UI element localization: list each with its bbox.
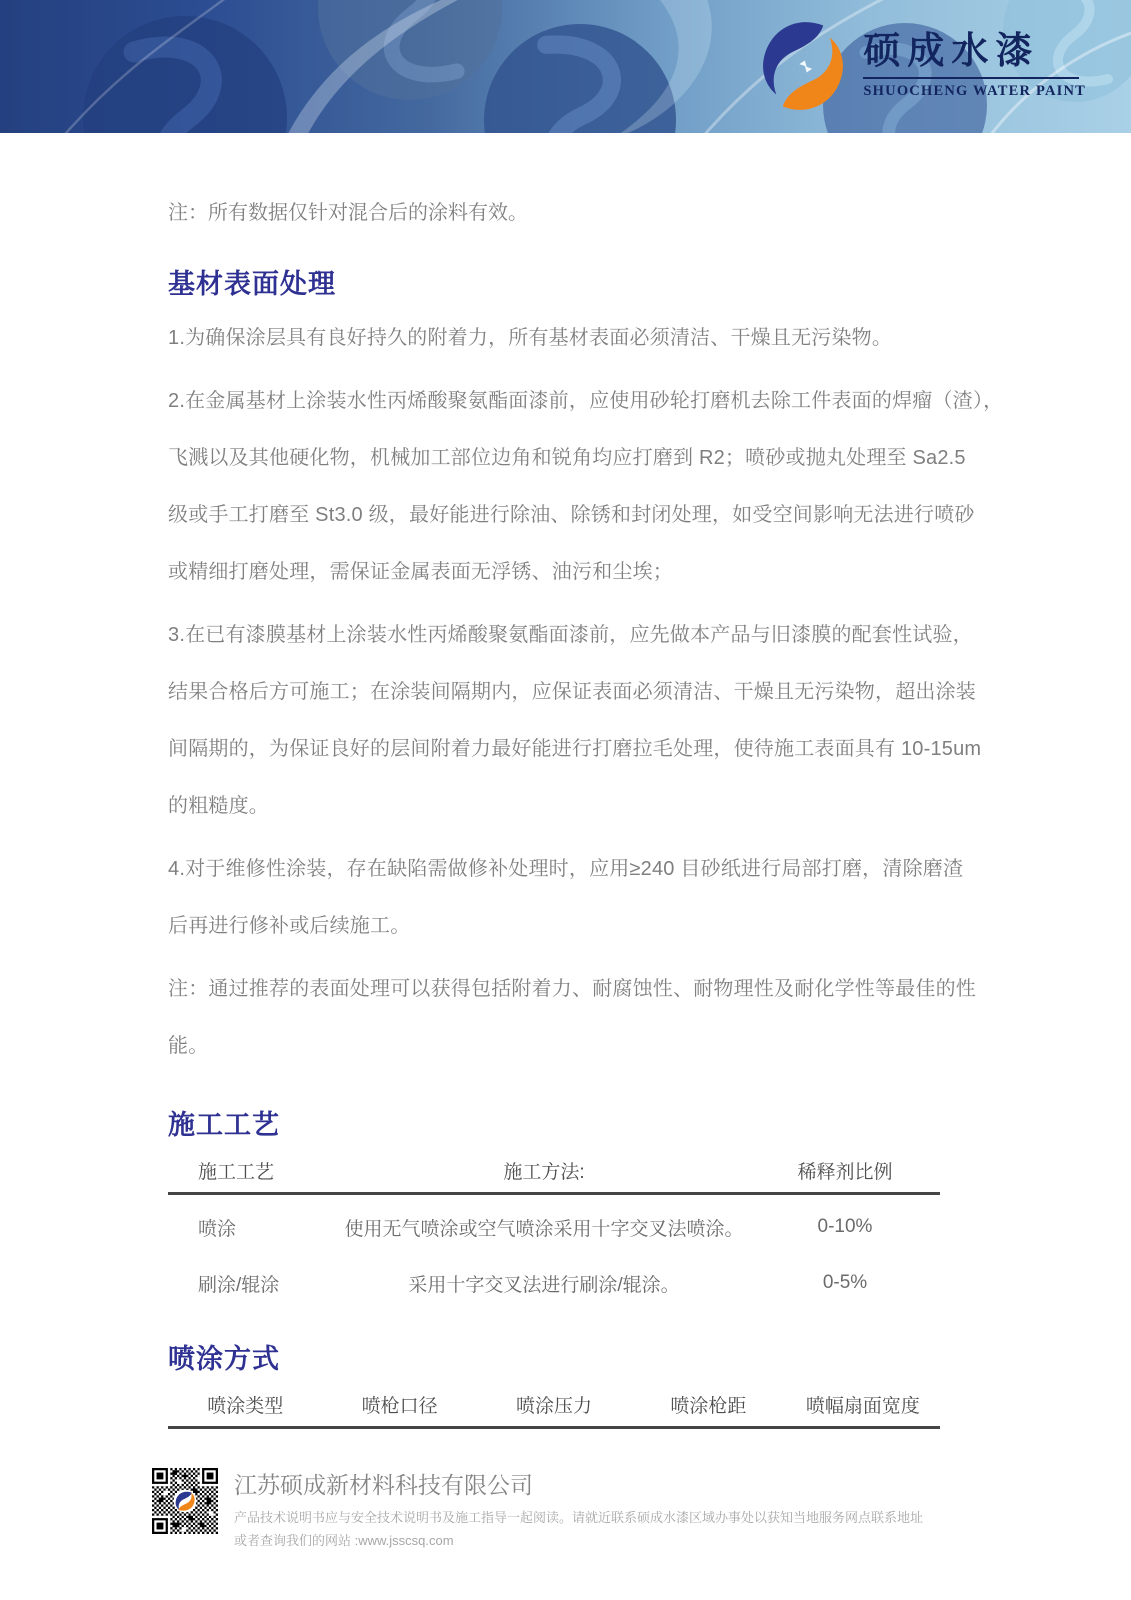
table-header-cell: 喷涂类型	[168, 1391, 322, 1418]
brand-name-cn: 硕成水漆	[863, 32, 1039, 73]
construction-process-table: 施工工艺 施工方法: 稀释剂比例 喷涂 使用无气喷涂或空气喷涂采用十字交叉法喷涂…	[168, 1157, 940, 1307]
table-row: 刷涂/辊涂 采用十字交叉法进行刷涂/辊涂。 0-5%	[168, 1259, 940, 1307]
brand-name-en: SHUOCHENG WATER PAINT	[863, 83, 1086, 100]
paragraph-1: 1.为确保涂层具有良好持久的附着力，所有基材表面必须清洁、干燥且无污染物。	[168, 310, 963, 367]
table-header-row: 喷涂类型 喷枪口径 喷涂压力 喷涂枪距 喷幅扇面宽度	[168, 1391, 940, 1429]
table-header-cell: 稀释剂比例	[750, 1157, 940, 1184]
spray-method-table: 喷涂类型 喷枪口径 喷涂压力 喷涂枪距 喷幅扇面宽度	[168, 1391, 940, 1429]
table-cell: 采用十字交叉法进行刷涂/辊涂。	[338, 1270, 750, 1297]
paragraph-4: 4.对于维修性涂装，存在缺陷需做修补处理时，应用≥240 目砂纸进行局部打磨，清…	[168, 841, 963, 955]
header-banner: 硕成水漆 SHUOCHENG WATER PAINT	[0, 0, 1131, 133]
brand-logo: 硕成水漆 SHUOCHENG WATER PAINT	[757, 18, 1086, 114]
table-header-cell: 喷涂枪距	[631, 1391, 785, 1418]
footer-fineprint: 产品技术说明书应与安全技术说明书及施工指导一起阅读。请就近联系硕成水漆区域办事处…	[234, 1506, 923, 1552]
table-cell: 0-5%	[750, 1272, 940, 1294]
paragraph-2: 2.在金属基材上涂装水性丙烯酸聚氨酯面漆前，应使用砂轮打磨机去除工件表面的焊瘤（…	[168, 373, 963, 601]
fineprint-line: 或者查询我们的网站 :www.jsscsq.com	[234, 1529, 923, 1552]
page-footer: 江苏硕成新材料科技有限公司 产品技术说明书应与安全技术说明书及施工指导一起阅读。…	[152, 1468, 923, 1552]
note-mixed-paint: 注：所有数据仅针对混合后的涂料有效。	[168, 185, 963, 242]
table-cell: 刷涂/辊涂	[168, 1270, 338, 1297]
fineprint-line: 产品技术说明书应与安全技术说明书及施工指导一起阅读。请就近联系硕成水漆区域办事处…	[234, 1506, 923, 1529]
table-header-cell: 喷枪口径	[322, 1391, 476, 1418]
brand-divider	[863, 77, 1079, 79]
table-header-cell: 施工方法:	[338, 1157, 750, 1184]
table-header-cell: 喷幅扇面宽度	[786, 1391, 940, 1418]
qr-code	[152, 1468, 218, 1534]
brand-logo-icon	[757, 18, 849, 114]
footer-text: 江苏硕成新材料科技有限公司 产品技术说明书应与安全技术说明书及施工指导一起阅读。…	[234, 1468, 923, 1552]
section-title-spray-method: 喷涂方式	[168, 1339, 963, 1379]
qr-center-logo-icon	[174, 1490, 197, 1513]
table-header-row: 施工工艺 施工方法: 稀释剂比例	[168, 1157, 940, 1195]
table-row: 喷涂 使用无气喷涂或空气喷涂采用十字交叉法喷涂。 0-10%	[168, 1203, 940, 1251]
table-cell: 喷涂	[168, 1214, 338, 1241]
table-cell: 0-10%	[750, 1216, 940, 1238]
paragraph-3: 3.在已有漆膜基材上涂装水性丙烯酸聚氨酯面漆前，应先做本产品与旧漆膜的配套性试验…	[168, 607, 963, 835]
table-cell: 使用无气喷涂或空气喷涂采用十字交叉法喷涂。	[338, 1214, 750, 1241]
section-title-surface-preparation: 基材表面处理	[168, 264, 963, 304]
note-surface-treatment: 注：通过推荐的表面处理可以获得包括附着力、耐腐蚀性、耐物理性及耐化学性等最佳的性…	[168, 961, 963, 1075]
company-name: 江苏硕成新材料科技有限公司	[234, 1470, 923, 1500]
brand-text: 硕成水漆 SHUOCHENG WATER PAINT	[863, 32, 1086, 100]
section-title-construction-process: 施工工艺	[168, 1105, 963, 1145]
table-header-cell: 喷涂压力	[477, 1391, 631, 1418]
document-body: 注：所有数据仅针对混合后的涂料有效。 基材表面处理 1.为确保涂层具有良好持久的…	[0, 185, 1131, 1429]
table-header-cell: 施工工艺	[168, 1157, 338, 1184]
